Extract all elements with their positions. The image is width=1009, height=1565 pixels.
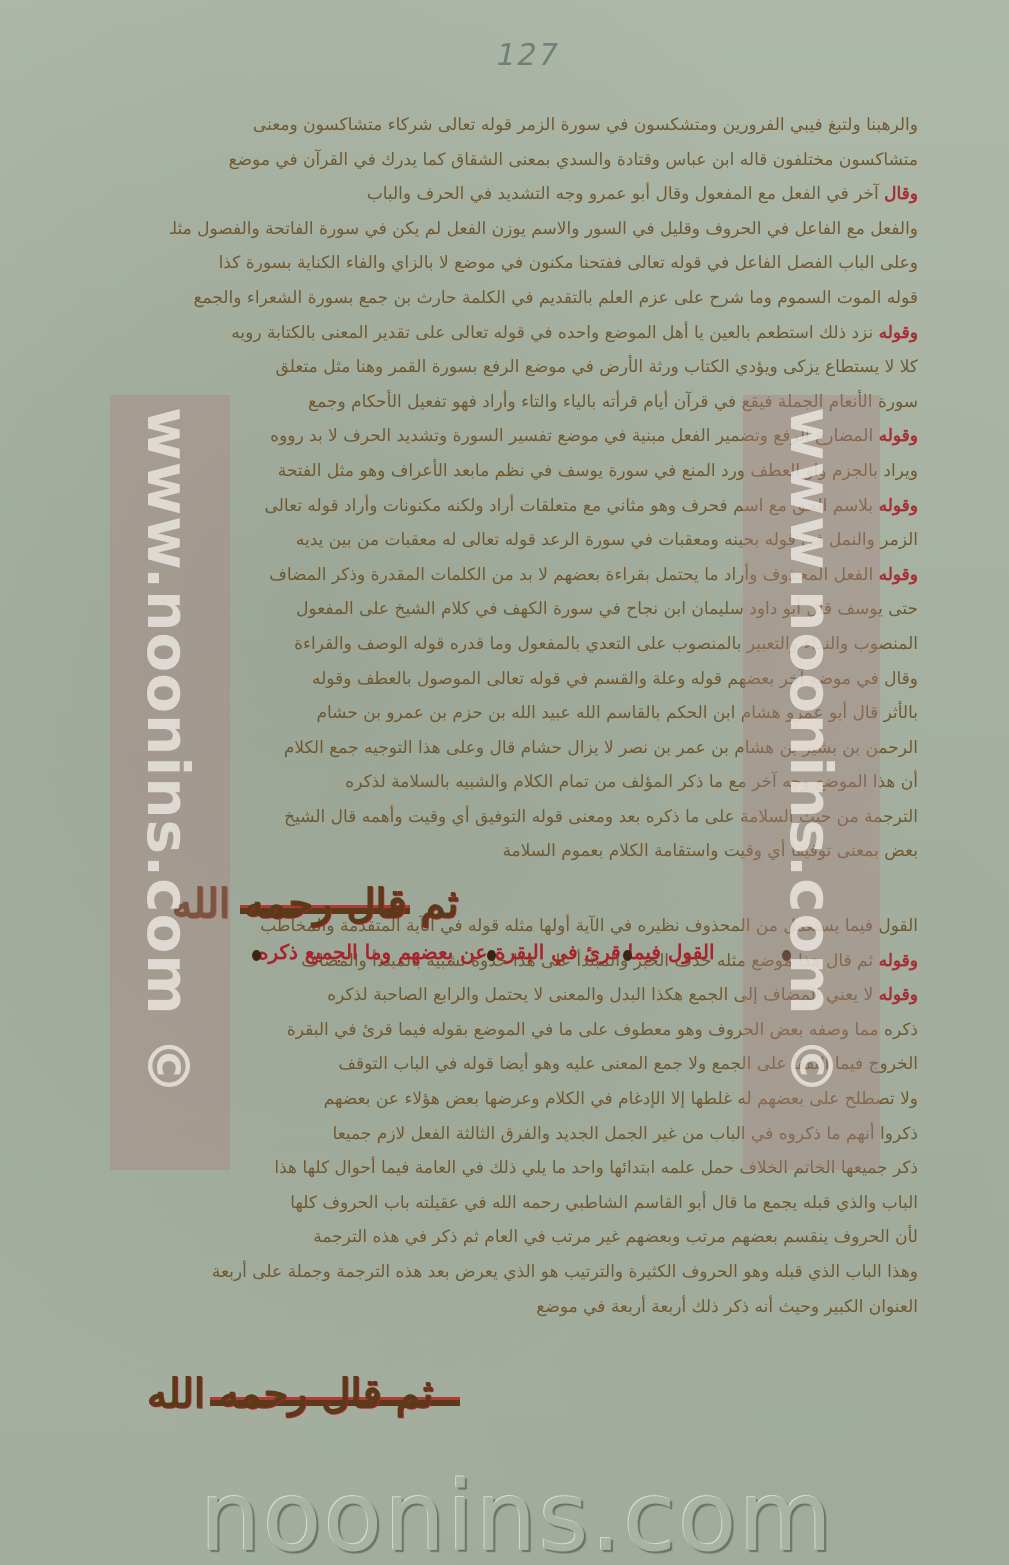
rubricated-word: وقوله	[879, 323, 918, 343]
manuscript-line: والفعل مع الفاعل في الحروف وقليل في السو…	[170, 212, 918, 247]
manuscript-line: والرهبنا ولتبغ فيبي الفرورين ومتشكسون في…	[170, 108, 918, 143]
rubric-heading-2: عن بعضهم وما الجميع ذكره	[258, 940, 487, 964]
manuscript-line: وقوله نزد ذلك استطعم بالعين يا أهل الموض…	[170, 316, 918, 351]
watermark-band-right: www.noonins.com ©	[743, 395, 880, 1170]
footer-watermark: noonins.com	[200, 1470, 820, 1565]
watermark-text: www.noonins.com ©	[134, 407, 202, 1096]
line-text: متشاكسون مختلفون قاله ابن عباس وقتادة وا…	[229, 150, 918, 170]
watermark-band-left: www.noonins.com ©	[110, 395, 230, 1170]
rubricated-word: وقوله	[879, 496, 918, 516]
line-text: وهذا الباب الذي قبله وهو الحروف الكثيرة …	[212, 1262, 918, 1282]
manuscript-line: وعلى الباب الفصل الفاعل في قوله تعالى فف…	[170, 246, 918, 281]
rubricated-word: وقوله	[879, 565, 918, 585]
verse-marker-dot	[487, 950, 496, 961]
rubricated-word: وقوله	[879, 426, 918, 446]
line-text: العنوان الكبير وحيث أنه ذكر ذلك أربعة أر…	[536, 1297, 918, 1317]
line-text: والرهبنا ولتبغ فيبي الفرورين ومتشكسون في…	[253, 115, 918, 135]
manuscript-line: وقال آخر في الفعل مع المفعول وقال أبو عم…	[170, 177, 918, 212]
manuscript-line: وهذا الباب الذي قبله وهو الحروف الكثيرة …	[170, 1255, 918, 1290]
manuscript-line: العنوان الكبير وحيث أنه ذكر ذلك أربعة أر…	[170, 1290, 918, 1325]
manuscript-line: متشاكسون مختلفون قاله ابن عباس وقتادة وا…	[170, 143, 918, 178]
line-text: كلا لا يستطاع يزكى ويؤدي الكتاب ورثة الأ…	[276, 357, 918, 377]
verse-marker-dot	[623, 950, 632, 961]
rubricated-word: وقال	[884, 184, 918, 204]
line-text: لأن الحروف ينقسم بعضهم مرتب وبعضهم غير م…	[313, 1227, 918, 1247]
manuscript-page: 127 والرهبنا ولتبغ فيبي الفرورين ومتشكسو…	[0, 0, 1009, 1565]
line-text: والفعل مع الفاعل في الحروف وقليل في السو…	[170, 219, 918, 239]
manuscript-line: قوله الموت السموم وما شرح على عزم العلم …	[170, 281, 918, 316]
line-text: آخر في الفعل مع المفعول وقال أبو عمرو وج…	[367, 184, 879, 204]
watermark-text: www.noonins.com ©	[777, 407, 845, 1096]
calligraphic-heading-2: ثم قال رحمه الله	[55, 1370, 525, 1417]
line-text: نزد ذلك استطعم بالعين يا أهل الموضع واحد…	[231, 323, 873, 343]
rubricated-word: وقوله	[879, 951, 918, 971]
line-text: قوله الموت السموم وما شرح على عزم العلم …	[193, 288, 918, 308]
line-text: الباب والذي قبله يجمع ما قال أبو القاسم …	[290, 1193, 918, 1213]
verse-marker-dot	[252, 950, 261, 961]
manuscript-line: كلا لا يستطاع يزكى ويؤدي الكتاب ورثة الأ…	[170, 350, 918, 385]
line-text: وعلى الباب الفصل الفاعل في قوله تعالى فف…	[219, 253, 918, 273]
folio-number: 127	[474, 38, 581, 73]
rubricated-word: وقوله	[879, 985, 918, 1005]
rubric-heading-1: القول فيما قرئ في البقرة	[495, 940, 715, 964]
manuscript-line: الباب والذي قبله يجمع ما قال أبو القاسم …	[170, 1186, 918, 1221]
manuscript-line: لأن الحروف ينقسم بعضهم مرتب وبعضهم غير م…	[170, 1220, 918, 1255]
